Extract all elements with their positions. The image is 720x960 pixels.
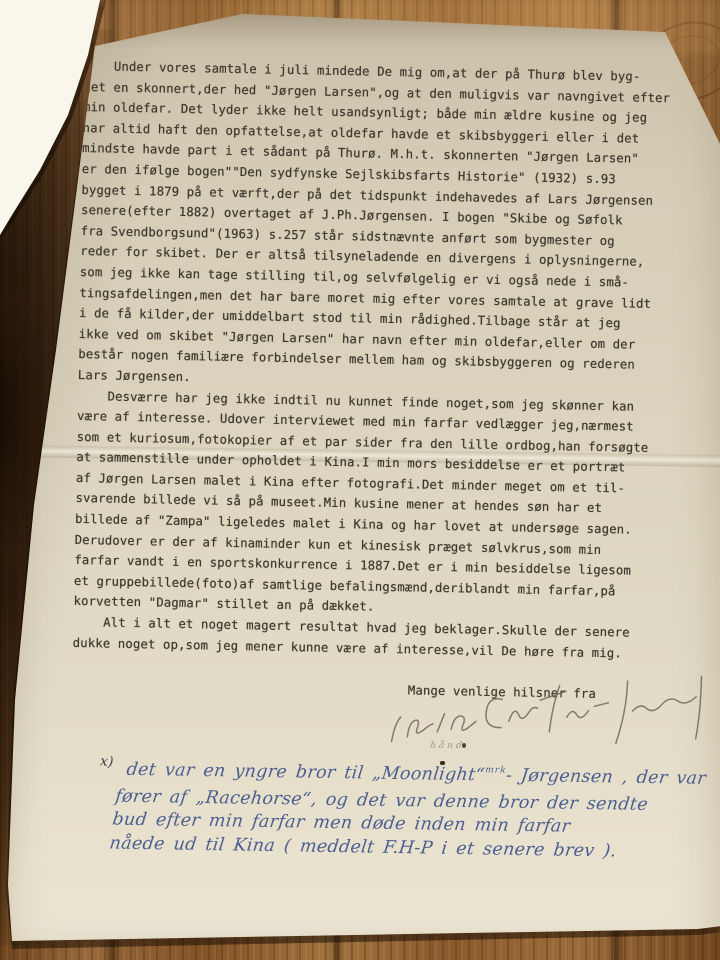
inserted-word: mrk	[484, 759, 508, 783]
typed-body: Under vores samtale i juli mindede De mi…	[73, 56, 674, 664]
faint-pencil-note: hånd	[429, 741, 465, 751]
typed-text-block: Under vores samtale i juli mindede De mi…	[72, 56, 674, 706]
letter-page: Under vores samtale i juli mindede De mi…	[0, 0, 720, 960]
photo-of-typewritten-letter-on-wooden-table: Under vores samtale i juli mindede De mi…	[0, 0, 720, 960]
ink-dot	[462, 743, 466, 748]
handwritten-signature	[375, 674, 718, 772]
footnote-line1-post: - Jørgensen , der var	[505, 766, 707, 789]
handwritten-footnote: det var en yngre bror til „Moonlight“mrk…	[108, 759, 686, 865]
footnote-marker: x)	[99, 753, 114, 770]
footnote-lines: fører af „Racehorse“, og det var denne b…	[108, 785, 682, 864]
footnote-line1-pre: det var en yngre bror til „Moonlight“	[125, 760, 486, 786]
